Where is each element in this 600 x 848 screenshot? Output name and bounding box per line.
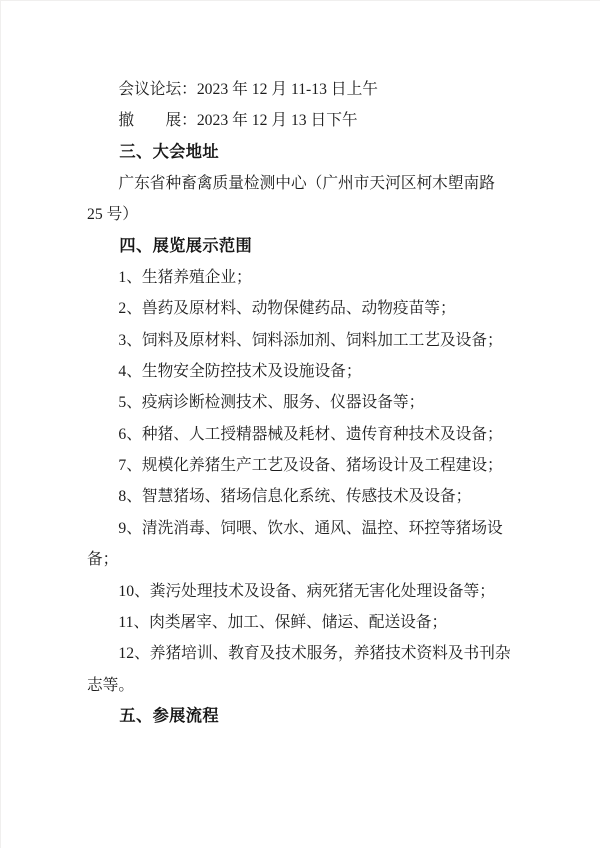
section-heading: 五、参展流程 — [87, 701, 517, 732]
paragraph: 5、疫病诊断检测技术、服务、仪器设备等； — [87, 387, 517, 418]
paragraph: 4、生物安全防控技术及设施设备； — [87, 356, 517, 387]
section-heading: 四、展览展示范围 — [87, 231, 517, 262]
paragraph: 10、粪污处理技术及设备、病死猪无害化处理设备等； — [87, 576, 517, 607]
paragraph: 2、兽药及原材料、动物保健药品、动物疫苗等； — [87, 293, 517, 324]
document-body: 会议论坛：2023 年 12 月 11-13 日上午撤 展：2023 年 12 … — [87, 74, 517, 732]
paragraph: 8、智慧猪场、猪场信息化系统、传感技术及设备； — [87, 481, 517, 512]
paragraph: 1、生猪养殖企业； — [87, 262, 517, 293]
paragraph: 会议论坛：2023 年 12 月 11-13 日上午 — [87, 74, 517, 105]
paragraph: 6、种猪、人工授精器械及耗材、遗传育种技术及设备； — [87, 419, 517, 450]
paragraph: 3、饲料及原材料、饲料添加剂、饲料加工工艺及设备； — [87, 325, 517, 356]
paragraph: 9、清洗消毒、饲喂、饮水、通风、温控、环控等猪场设 备； — [87, 513, 517, 576]
document-page: 会议论坛：2023 年 12 月 11-13 日上午撤 展：2023 年 12 … — [0, 0, 600, 848]
paragraph: 广东省种畜禽质量检测中心（广州市天河区柯木塱南路 25 号） — [87, 168, 517, 231]
section-heading: 三、大会地址 — [87, 137, 517, 168]
paragraph: 11、肉类屠宰、加工、保鲜、储运、配送设备； — [87, 607, 517, 638]
paragraph: 撤 展：2023 年 12 月 13 日下午 — [87, 105, 517, 136]
paragraph: 12、养猪培训、教育及技术服务，养猪技术资料及书刊杂 志等。 — [87, 638, 517, 701]
paragraph: 7、规模化养猪生产工艺及设备、猪场设计及工程建设； — [87, 450, 517, 481]
